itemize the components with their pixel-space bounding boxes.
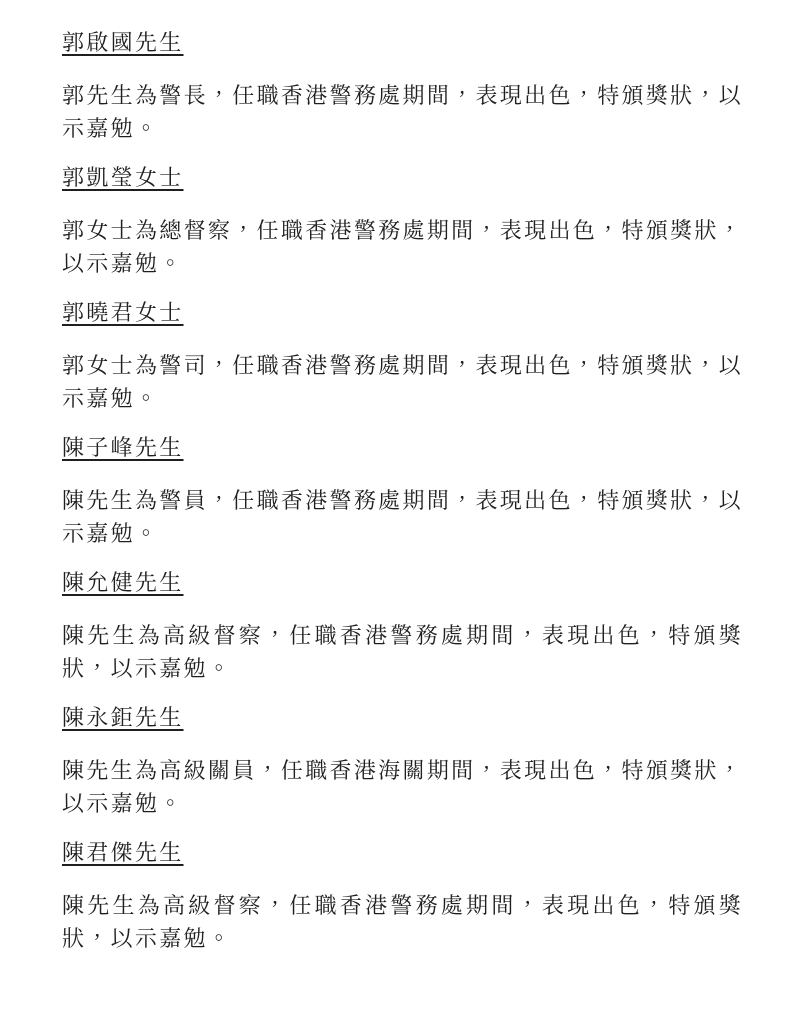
commendation-entry: 郭啟國先生 郭先生為警長，任職香港警務處期間，表現出色，特頒獎狀，以示嘉勉。 [62, 26, 743, 145]
commendation-entry: 郭凱瑩女士 郭女士為總督察，任職香港警務處期間，表現出色，特頒獎狀，以示嘉勉。 [62, 161, 743, 280]
commendation-text: 陳先生為高級關員，任職香港海關期間，表現出色，特頒獎狀，以示嘉勉。 [62, 754, 743, 820]
recipient-name-heading: 陳君傑先生 [62, 836, 743, 869]
commendation-entry: 郭曉君女士 郭女士為警司，任職香港警務處期間，表現出色，特頒獎狀，以示嘉勉。 [62, 296, 743, 415]
commendation-text: 陳先生為高級督察，任職香港警務處期間，表現出色，特頒獎狀，以示嘉勉。 [62, 889, 743, 955]
recipient-name-heading: 陳子峰先生 [62, 431, 743, 464]
commendation-entry: 陳永鉅先生 陳先生為高級關員，任職香港海關期間，表現出色，特頒獎狀，以示嘉勉。 [62, 701, 743, 820]
commendation-text: 郭先生為警長，任職香港警務處期間，表現出色，特頒獎狀，以示嘉勉。 [62, 79, 743, 145]
recipient-name-heading: 郭曉君女士 [62, 296, 743, 329]
commendation-entry: 陳子峰先生 陳先生為警員，任職香港警務處期間，表現出色，特頒獎狀，以示嘉勉。 [62, 431, 743, 550]
commendation-text: 陳先生為警員，任職香港警務處期間，表現出色，特頒獎狀，以示嘉勉。 [62, 484, 743, 550]
recipient-name-heading: 陳永鉅先生 [62, 701, 743, 734]
commendation-entry: 陳允健先生 陳先生為高級督察，任職香港警務處期間，表現出色，特頒獎狀，以示嘉勉。 [62, 566, 743, 685]
recipient-name-heading: 郭凱瑩女士 [62, 161, 743, 194]
commendation-text: 郭女士為警司，任職香港警務處期間，表現出色，特頒獎狀，以示嘉勉。 [62, 349, 743, 415]
commendation-entry: 陳君傑先生 陳先生為高級督察，任職香港警務處期間，表現出色，特頒獎狀，以示嘉勉。 [62, 836, 743, 955]
recipient-name-heading: 陳允健先生 [62, 566, 743, 599]
document-page: 郭啟國先生 郭先生為警長，任職香港警務處期間，表現出色，特頒獎狀，以示嘉勉。 郭… [0, 0, 788, 1026]
commendation-text: 陳先生為高級督察，任職香港警務處期間，表現出色，特頒獎狀，以示嘉勉。 [62, 619, 743, 685]
commendation-text: 郭女士為總督察，任職香港警務處期間，表現出色，特頒獎狀，以示嘉勉。 [62, 214, 743, 280]
recipient-name-heading: 郭啟國先生 [62, 26, 743, 59]
